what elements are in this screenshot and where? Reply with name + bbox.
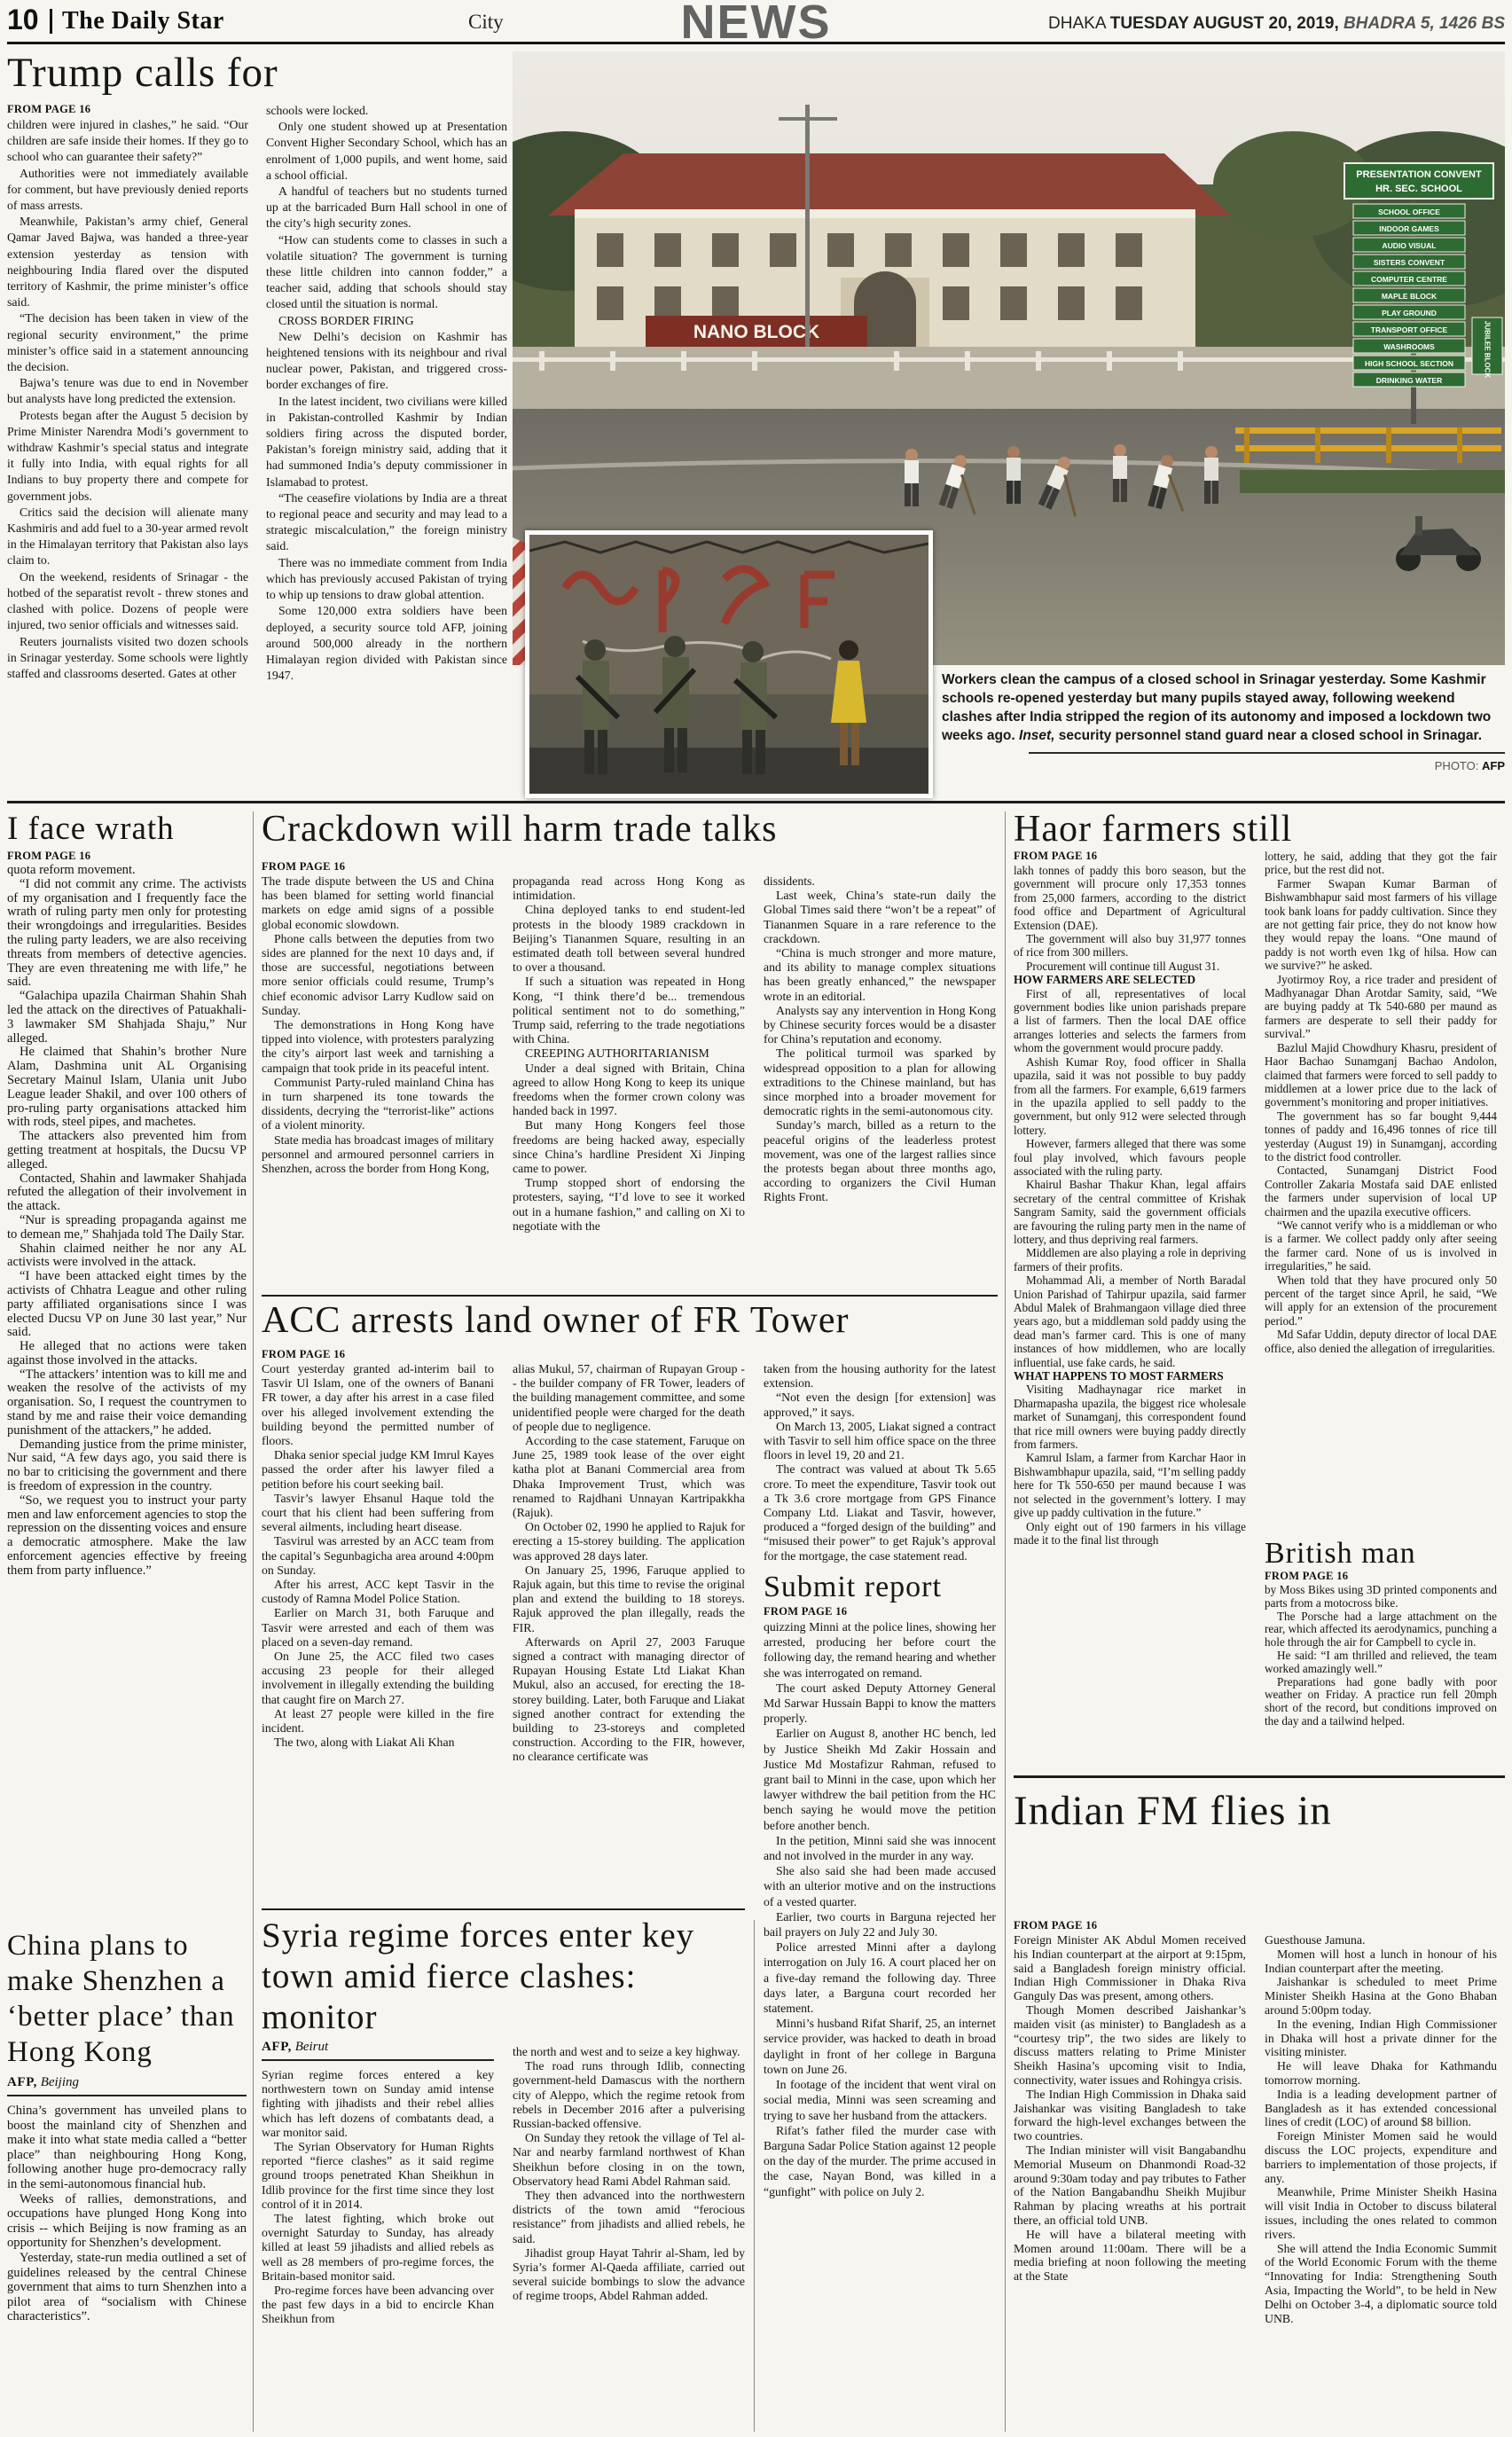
paragraph: Earlier, two courts in Barguna rejected …	[764, 1909, 996, 1939]
paragraph: Jihadist group Hayat Tahrir al-Sham, led…	[513, 2246, 745, 2304]
column-rule	[253, 811, 254, 2432]
paragraph: At least 27 people were killed in the fi…	[262, 1707, 494, 1736]
byline-rule	[262, 2059, 494, 2061]
paragraph: Foreign Minister AK Abdul Momen received…	[1014, 1933, 1246, 2003]
paragraph: “Galachipa upazila Chairman Shahin Shah …	[7, 990, 247, 1046]
paragraph: According to the case statement, Faruque…	[513, 1434, 745, 1520]
paragraph: Procurement will continue till August 31…	[1014, 960, 1246, 973]
photo-caption: Workers clean the campus of a closed sch…	[942, 670, 1505, 745]
paragraph: “The ceasefire violations by India are a…	[266, 490, 507, 555]
paragraph: The government has so far bought 9,444 t…	[1265, 1109, 1497, 1164]
headline-submit: Submit report	[764, 1570, 996, 1604]
sign-text: PLAY GROUND	[1382, 309, 1437, 317]
newspaper-page: 10 The Daily Star City NEWS DHAKA TUESDA…	[0, 0, 1512, 2437]
paragraph: Foreign Minister Momen said he would dis…	[1265, 2129, 1497, 2185]
article-column: Foreign Minister AK Abdul Momen received…	[1014, 1933, 1246, 2435]
dateline-bangla: BHADRA 5, 1426 BS	[1344, 14, 1505, 33]
article-column: lakh tonnes of paddy this boro season, b…	[1014, 864, 1246, 1758]
column-rule	[754, 1920, 755, 2432]
paragraph: Demanding justice from the prime ministe…	[7, 1438, 247, 1494]
paragraph: China deployed tanks to end student-led …	[513, 903, 745, 975]
sign-text: WASHROOMS	[1383, 342, 1435, 351]
paragraph: The demonstrations in Hong Kong have tip…	[262, 1018, 494, 1076]
paragraph: But many Hong Kongers feel those freedom…	[513, 1118, 745, 1176]
paragraph: Jaishankar is scheduled to meet Prime Mi…	[1265, 1975, 1497, 2017]
paragraph: schools were locked.	[266, 103, 507, 119]
paragraph: The Indian High Commission in Dhaka said…	[1014, 2088, 1246, 2143]
byline-agency: AFP,	[7, 2075, 37, 2089]
paragraph: “I did not commit any crime. The activis…	[7, 878, 247, 990]
paragraph: WHAT HAPPENS TO MOST FARMERS	[1014, 1369, 1246, 1383]
paragraph: Jyotirmoy Roy, a rice trader and preside…	[1265, 973, 1497, 1041]
paragraph: “The attackers’ intention was to kill me…	[7, 1368, 247, 1438]
paragraph: Earlier on March 31, both Faruque and Ta…	[262, 1606, 494, 1649]
paragraph: Momen will host a lunch in honour of his…	[1265, 1947, 1497, 1976]
byline: AFP, Beijing	[7, 2075, 79, 2090]
paragraph: Critics said the decision will alienate …	[7, 505, 248, 569]
paragraph: Yesterday, state-run media outlined a se…	[7, 2251, 247, 2324]
paragraph: Visiting Madhaynagar rice market in Dhar…	[1014, 1383, 1246, 1451]
paragraph: India is a leading development partner o…	[1265, 2088, 1497, 2129]
paragraph: Rifat’s father filed the murder case wit…	[764, 2123, 996, 2199]
paragraph: After his arrest, ACC kept Tasvir in the…	[262, 1578, 494, 1606]
divider	[1029, 752, 1505, 754]
column-rule	[1005, 811, 1006, 2432]
paragraph: In the petition, Minni said she was inno…	[764, 1833, 996, 1863]
paragraph: Only one student showed up at Presentati…	[266, 119, 507, 184]
headline-trump: Trump calls for	[7, 50, 504, 96]
paragraph: Preparations had gone badly with poor we…	[1265, 1676, 1497, 1728]
article-rule	[1014, 1775, 1505, 1778]
paragraph: “The decision has been taken in view of …	[7, 310, 248, 375]
article-column: the north and west and to seize a key hi…	[513, 2045, 745, 2435]
sign-text: SISTERS CONVENT	[1374, 258, 1445, 267]
paragraph: They then advanced into the northwestern…	[513, 2189, 745, 2246]
paragraph: Afterwards on April 27, 2003 Faruque sig…	[513, 1635, 745, 1765]
paragraph: Middlemen are also playing a role in dep…	[1014, 1246, 1246, 1273]
paragraph: Under a deal signed with Britain, China …	[513, 1062, 745, 1119]
article-rule	[262, 1295, 998, 1297]
sign-text: DRINKING WATER	[1376, 376, 1442, 385]
sign-text: SCHOOL OFFICE	[1378, 208, 1440, 216]
article-column: taken from the housing authority for the…	[764, 1362, 996, 1566]
paragraph: He alleged that no actions were taken ag…	[7, 1340, 247, 1368]
paragraph: Pro-regime forces have been advancing ov…	[262, 2284, 494, 2327]
caption-text: security personnel stand guard near a cl…	[1055, 728, 1483, 743]
paragraph: He will have a bilateral meeting with Mo…	[1014, 2228, 1246, 2284]
headline-syria: Syria regime forces enter key town amid …	[262, 1916, 745, 2038]
paragraph: Reuters journalists visited two dozen sc…	[7, 634, 248, 683]
paragraph: She will attend the India Economic Summi…	[1265, 2242, 1497, 2326]
sign-text: MAPLE BLOCK	[1382, 292, 1438, 301]
paragraph: quizzing Minni at the police lines, show…	[764, 1619, 996, 1681]
inset-illustration	[529, 535, 928, 794]
paragraph: On March 13, 2005, Liakat signed a contr…	[764, 1420, 996, 1463]
paragraph: Dhaka senior special judge KM Imrul Kaye…	[262, 1448, 494, 1492]
headline-crackdown: Crackdown will harm trade talks	[262, 809, 999, 850]
headline-haor: Haor farmers still	[1014, 809, 1505, 850]
light-pole-arm	[779, 117, 837, 121]
paragraph: Syrian regime forces entered a key north…	[262, 2068, 494, 2140]
paragraph: Earlier on August 8, another HC bench, l…	[764, 1726, 996, 1832]
paragraph: Phone calls between the deputies from tw…	[262, 932, 494, 1018]
byline-place: Beirut	[295, 2040, 329, 2054]
paragraph: The Porsche had a large attachment on th…	[1265, 1610, 1497, 1649]
article-rule	[262, 1908, 745, 1910]
paragraph: On June 25, the ACC filed two cases accu…	[262, 1649, 494, 1707]
article-column: children were injured in clashes,” he sa…	[7, 117, 248, 800]
paragraph: The government will also buy 31,977 tonn…	[1014, 932, 1246, 960]
from-page-label: FROM PAGE 16	[262, 860, 345, 874]
from-page-label: FROM PAGE 16	[1014, 850, 1097, 863]
sign-text: HR. SEC. SCHOOL	[1375, 184, 1462, 194]
paragraph: He will leave Dhaka for Kathmandu tomorr…	[1265, 2059, 1497, 2088]
dateline-date: TUESDAY AUGUST 20, 2019,	[1110, 14, 1344, 33]
paragraph: He said: “I am thrilled and relieved, th…	[1265, 1649, 1497, 1676]
from-page-label: FROM PAGE 16	[1014, 1919, 1097, 1932]
paragraph: The attackers also prevented him from ge…	[7, 1130, 247, 1171]
article-column: quota reform movement.“I did not commit …	[7, 864, 247, 1912]
byline-agency: AFP,	[262, 2040, 292, 2054]
paragraph: He claimed that Shahin’s brother Nure Al…	[7, 1046, 247, 1130]
sign-text: HIGH SCHOOL SECTION	[1365, 359, 1453, 368]
paragraph: In the latest incident, two civilians we…	[266, 394, 507, 490]
paragraph: “Nur is spreading propaganda against me …	[7, 1214, 247, 1242]
paragraph: Weeks of rallies, demonstrations, and oc…	[7, 2192, 247, 2251]
paragraph: The trade dispute between the US and Chi…	[262, 874, 494, 932]
paragraph: propaganda read across Hong Kong as inti…	[513, 874, 745, 903]
article-column: Court yesterday granted ad-interim bail …	[262, 1362, 494, 1905]
paragraph: Farmer Swapan Kumar Barman of Bishwambha…	[1265, 877, 1497, 973]
paragraph: The political turmoil was sparked by wid…	[764, 1046, 996, 1118]
roof-parapet	[575, 209, 1195, 218]
paragraph: Shahin claimed neither he nor any AL act…	[7, 1242, 247, 1271]
paragraph: “Not even the design [for extension] was…	[764, 1391, 996, 1419]
paragraph: alias Mukul, 57, chairman of Rupayan Gro…	[513, 1362, 745, 1434]
article-column: quizzing Minni at the police lines, show…	[764, 1619, 996, 2435]
paragraph: In the evening, Indian High Commissioner…	[1265, 2018, 1497, 2059]
paragraph: lottery, he said, adding that they got t…	[1265, 850, 1497, 877]
paragraph: Guesthouse Jamuna.	[1265, 1933, 1497, 1947]
paragraph: Last week, China’s state-run daily the G…	[764, 889, 996, 946]
building-sign-text: NANO BLOCK	[693, 322, 819, 342]
paragraph: Court yesterday granted ad-interim bail …	[262, 1362, 494, 1448]
headline-indian: Indian FM flies in	[1014, 1788, 1505, 1834]
article-column: Guesthouse Jamuna.Momen will host a lunc…	[1265, 1933, 1497, 2435]
headline-acc: ACC arrests land owner of FR Tower	[262, 1300, 999, 1342]
article-column: by Moss Bikes using 3D printed component…	[1265, 1584, 1497, 1774]
paragraph: lakh tonnes of paddy this boro season, b…	[1014, 864, 1246, 932]
paragraph: There was no immediate comment from Indi…	[266, 555, 507, 604]
paragraph: The contract was valued at about Tk 5.65…	[764, 1462, 996, 1563]
sign-text: PRESENTATION CONVENT	[1356, 169, 1482, 180]
paragraph: CREEPING AUTHORITARIANISM	[513, 1046, 745, 1061]
paragraph: Authorities were not immediately availab…	[7, 166, 248, 215]
paragraph: “We cannot verify who is a middleman or …	[1265, 1218, 1497, 1273]
from-page-label: FROM PAGE 16	[764, 1605, 847, 1618]
photo-credit: PHOTO: AFP	[1153, 759, 1505, 772]
dateline-city: DHAKA	[1048, 14, 1110, 33]
paragraph: HOW FARMERS ARE SELECTED	[1014, 973, 1246, 986]
paragraph: Mohammad Ali, a member of North Baradal …	[1014, 1273, 1246, 1369]
paragraph: When told that they have procured only 5…	[1265, 1273, 1497, 1328]
article-column: China’s government has unveiled plans to…	[7, 2104, 247, 2433]
paragraph: On October 02, 1990 he applied to Rajuk …	[513, 1520, 745, 1563]
paragraph: “China is much stronger and more mature,…	[764, 946, 996, 1004]
paragraph: She also said she had been made accused …	[764, 1863, 996, 1909]
paragraph: Contacted, Shahin and lawmaker Shahjada …	[7, 1172, 247, 1214]
article-column: alias Mukul, 57, chairman of Rupayan Gro…	[513, 1362, 745, 1905]
paragraph: by Moss Bikes using 3D printed component…	[1265, 1584, 1497, 1610]
paragraph: The two, along with Liakat Ali Khan	[262, 1736, 494, 1750]
paragraph: Police arrested Minni after a daylong in…	[764, 1939, 996, 2016]
paragraph: Kamrul Islam, a farmer from Karchar Haor…	[1014, 1451, 1246, 1519]
paragraph: “I have been attacked eight times by the…	[7, 1270, 247, 1340]
caption-inset-label: Inset,	[1019, 728, 1054, 743]
headline-iface: I face wrath	[7, 811, 247, 848]
paragraph: The court asked Deputy Attorney General …	[764, 1681, 996, 1727]
article-column: The trade dispute between the US and Chi…	[262, 874, 494, 1291]
paragraph: “How can students come to classes in suc…	[266, 232, 507, 313]
paragraph: Bazlul Majid Chowdhury Khasru, president…	[1265, 1041, 1497, 1109]
paragraph: Protests began after the August 5 decisi…	[7, 408, 248, 505]
paragraph: A handful of teachers but no students tu…	[266, 184, 507, 232]
paragraph: children were injured in clashes,” he sa…	[7, 117, 248, 166]
paragraph: CROSS BORDER FIRING	[266, 313, 507, 329]
paragraph: The Indian minister will visit Bangaband…	[1014, 2143, 1246, 2228]
paragraph: On Sunday they retook the village of Tel…	[513, 2131, 745, 2189]
paragraph: Meanwhile, Pakistan’s army chief, Genera…	[7, 214, 248, 310]
paragraph: On the weekend, residents of Srinagar - …	[7, 569, 248, 634]
byline-rule	[7, 2095, 247, 2096]
paragraph: In footage of the incident that went vir…	[764, 2077, 996, 2123]
sign-text: COMPUTER CENTRE	[1371, 275, 1447, 284]
sign-text: AUDIO VISUAL	[1383, 241, 1437, 250]
inset-photo	[525, 530, 933, 798]
headline-china: China plans to make Shenzhen a ‘better p…	[7, 1928, 252, 2070]
dateline: DHAKA TUESDAY AUGUST 20, 2019, BHADRA 5,…	[1048, 14, 1505, 34]
photo-credit-label: PHOTO:	[1435, 759, 1479, 772]
paragraph: However, farmers alleged that there was …	[1014, 1137, 1246, 1178]
article-column: schools were locked.Only one student sho…	[266, 103, 507, 800]
sign-text: JUBILEE BLOCK	[1484, 321, 1492, 379]
from-page-label: FROM PAGE 16	[1265, 1570, 1348, 1583]
paragraph: The latest fighting, which broke out ove…	[262, 2212, 494, 2284]
paragraph: quota reform movement.	[7, 864, 247, 878]
paragraph: Contacted, Sunamganj District Food Contr…	[1265, 1164, 1497, 1218]
paragraph: Tasvir’s lawyer Ehsanul Haque told the c…	[262, 1492, 494, 1535]
paragraph: Minni’s husband Rifat Sharif, 25, an int…	[764, 2016, 996, 2077]
paragraph: State media has broadcast images of mili…	[262, 1133, 494, 1177]
sign-text: TRANSPORT OFFICE	[1371, 325, 1448, 334]
paragraph: Md Safar Uddin, deputy director of local…	[1265, 1328, 1497, 1355]
byline: AFP, Beirut	[262, 2040, 328, 2055]
article-column: propaganda read across Hong Kong as inti…	[513, 874, 745, 1291]
from-page-label: FROM PAGE 16	[7, 850, 90, 863]
paragraph: Analysts say any intervention in Hong Ko…	[764, 1004, 996, 1047]
paragraph: taken from the housing authority for the…	[764, 1362, 996, 1391]
paragraph: “So, we request you to instruct your par…	[7, 1494, 247, 1579]
photo-credit-agency: AFP	[1482, 759, 1505, 772]
paragraph: The road runs through Idlib, connecting …	[513, 2059, 745, 2131]
article-column: Syrian regime forces entered a key north…	[262, 2068, 494, 2435]
paragraph: Khairul Bashar Thakur Khan, legal affair…	[1014, 1178, 1246, 1246]
paragraph: Tasvirul was arrested by an ACC team fro…	[262, 1534, 494, 1578]
paragraph: Sunday’s march, billed as a return to th…	[764, 1118, 996, 1204]
paragraph: Only eight out of 190 farmers in his vil…	[1014, 1520, 1246, 1548]
hedge	[1240, 470, 1505, 493]
light-pole	[805, 105, 810, 362]
paragraph: Though Momen described Jaishankar’s maid…	[1014, 2003, 1246, 2088]
paragraph: The Syrian Observatory for Human Rights …	[262, 2140, 494, 2212]
from-page-label: FROM PAGE 16	[262, 1348, 345, 1361]
section-rule	[7, 801, 1505, 803]
paragraph: On January 25, 1996, Faruque applied to …	[513, 1563, 745, 1635]
paragraph: Some 120,000 extra soldiers have been de…	[266, 603, 507, 684]
article-column: dissidents.Last week, China’s state-run …	[764, 874, 996, 1291]
headline-british: British man	[1265, 1536, 1497, 1571]
paragraph: First of all, representatives of local g…	[1014, 987, 1246, 1055]
sign-text: INDOOR GAMES	[1379, 224, 1439, 233]
paragraph: Bajwa’s tenure was due to end in Novembe…	[7, 375, 248, 407]
paragraph: the north and west and to seize a key hi…	[513, 2045, 745, 2059]
school-roof	[548, 153, 1231, 215]
paragraph: If such a situation was repeated in Hong…	[513, 975, 745, 1046]
paragraph: dissidents.	[764, 874, 996, 889]
paragraph: Communist Party-ruled mainland China has…	[262, 1076, 494, 1133]
paragraph: Trump stopped short of endorsing the pro…	[513, 1176, 745, 1234]
from-page-label: FROM PAGE 16	[7, 103, 90, 116]
article-column: lottery, he said, adding that they got t…	[1265, 850, 1497, 1531]
paragraph: New Delhi’s decision on Kashmir has heig…	[266, 329, 507, 394]
paragraph: China’s government has unveiled plans to…	[7, 2104, 247, 2192]
paragraph: Ashish Kumar Roy, food officer in Shalla…	[1014, 1055, 1246, 1137]
paragraph: Meanwhile, Prime Minister Sheikh Hasina …	[1265, 2185, 1497, 2241]
byline-place: Beijing	[41, 2075, 79, 2089]
header-rule	[7, 42, 1505, 44]
